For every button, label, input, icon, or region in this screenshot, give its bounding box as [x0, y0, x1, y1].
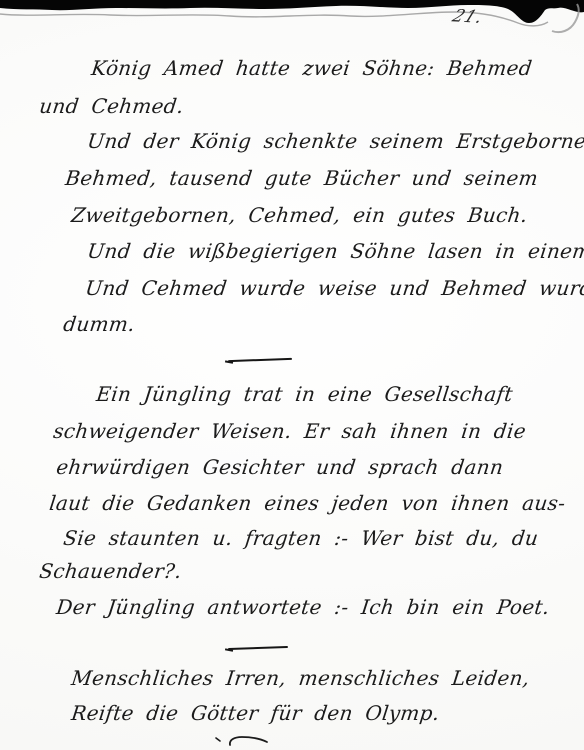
- manuscript-line: laut die Gedanken eines jeden von ihnen …: [48, 491, 567, 515]
- section-divider: [228, 646, 288, 650]
- manuscript-page: 21. König Amed hatte zwei Söhne: Behmed …: [0, 0, 584, 750]
- section-divider: [228, 358, 292, 362]
- manuscript-line: und Cehmed.: [38, 94, 185, 118]
- manuscript-line: Reifte die Götter für den Olymp.: [70, 701, 441, 725]
- flourish-mark: [214, 733, 270, 749]
- manuscript-line: Ein Jüngling trat in eine Gesellschaft: [95, 382, 514, 406]
- manuscript-line: ehrwürdigen Gesichter und sprach dann: [55, 455, 505, 479]
- torn-paper-edge: [0, 0, 584, 40]
- manuscript-line: Und der König schenkte seinem Erstgeborn…: [86, 129, 584, 153]
- manuscript-line: schweigender Weisen. Er sah ihnen in die: [52, 419, 527, 443]
- manuscript-line: König Amed hatte zwei Söhne: Behmed: [90, 56, 534, 80]
- manuscript-line: Menschliches Irren, menschliches Leiden,: [70, 666, 531, 690]
- manuscript-line: Zweitgebornen, Cehmed, ein gutes Buch.: [70, 203, 529, 227]
- page-number: 21.: [449, 6, 487, 28]
- manuscript-line: Schauender?.: [38, 559, 183, 583]
- manuscript-line: dumm.: [62, 312, 136, 336]
- manuscript-line: Und Cehmed wurde weise und Behmed wurde: [84, 276, 584, 300]
- manuscript-line: Und die wißbegierigen Söhne lasen in ein…: [86, 239, 584, 263]
- manuscript-line: Sie staunten u. fragten :- Wer bist du, …: [62, 526, 540, 550]
- manuscript-line: Behmed, tausend gute Bücher und seinem: [64, 166, 539, 190]
- manuscript-line: Der Jüngling antwortete :- Ich bin ein P…: [55, 595, 551, 619]
